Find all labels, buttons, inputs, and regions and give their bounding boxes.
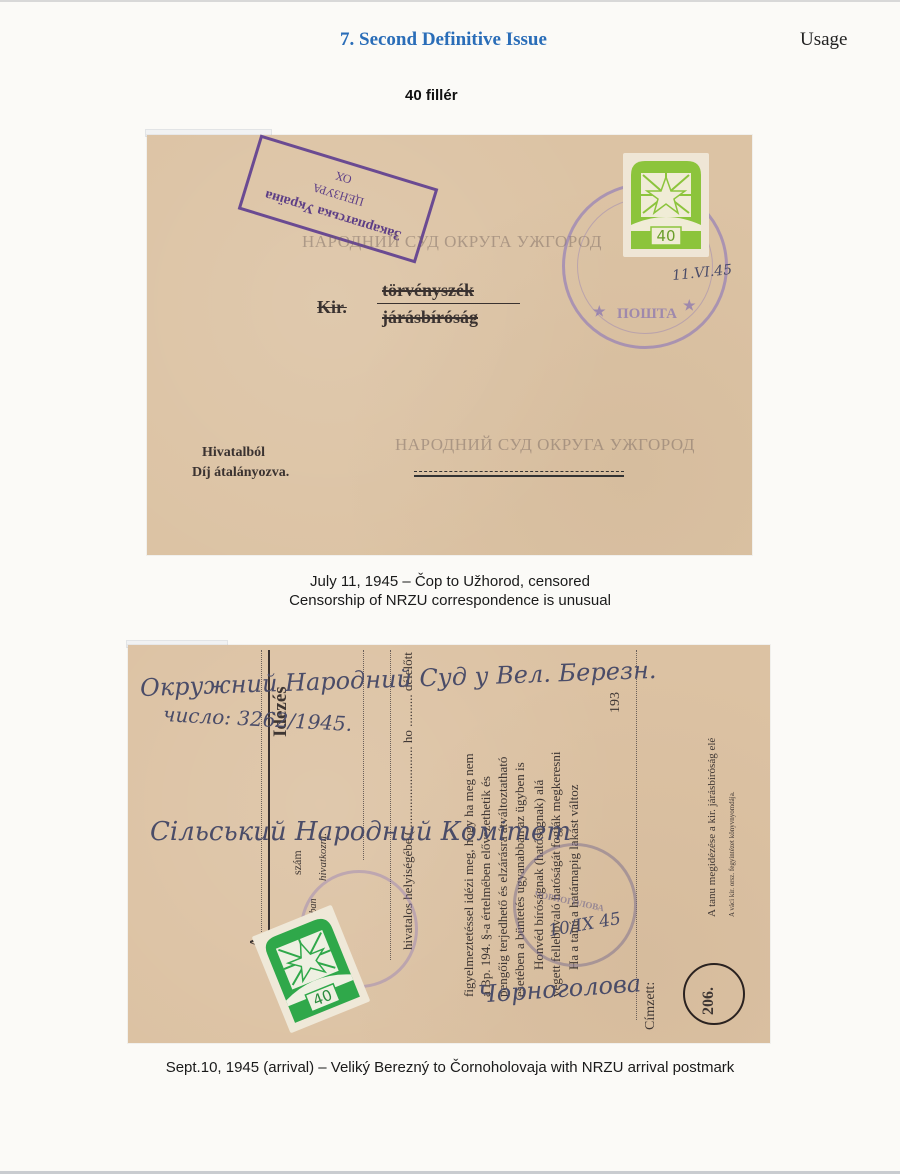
- form-dotted-rule: [636, 650, 637, 1020]
- arrival-postmark-circle: ЧОРНОГОЛОВА: [513, 843, 637, 967]
- cover-1-caption-line-1: July 11, 1945 – Čop to Užhorod, censored: [150, 572, 750, 591]
- handwriting-court: Окружний Народний Суд у Вел. Березн.: [140, 656, 657, 702]
- form-line-3: pengőig terjedhető és elzárásra átváltoz…: [495, 757, 511, 997]
- postmark-star-icon: ★: [683, 298, 696, 315]
- section-tag: Usage: [800, 29, 847, 51]
- stamp-value: 40: [653, 227, 679, 245]
- form-line-1: figyelmeztetéssel idézi meg, hogy ha meg…: [461, 753, 477, 997]
- cover-1-caption-line-2: Censorship of NRZU correspondence is unu…: [150, 591, 750, 610]
- form-year: 193: [608, 692, 624, 713]
- page-top-edge: [0, 0, 900, 2]
- court-stamp-bottom: НАРОДНИЙ СУД ОКРУГА УЖГОРОД: [395, 435, 695, 455]
- form-line-2: a Bp. 194. §-a értelmében elővezethetik …: [478, 776, 494, 997]
- printed-official: Hivatalból: [202, 445, 265, 461]
- arrival-postmark-text: ЧОРНОГОЛОВА: [534, 889, 605, 914]
- court-stamp-top: НАРОДНИЙ СУД ОКРУГА УЖГОРОД: [302, 232, 602, 252]
- printed-fee-paid: Díj átalányozva.: [192, 465, 289, 481]
- court-divider: [377, 303, 520, 304]
- postmark-text: ПОШТА: [617, 306, 677, 323]
- postmark-star-icon: ★: [593, 304, 606, 321]
- printed-court-tribunal: törvényszék: [382, 280, 474, 301]
- form-footer-1: A tanu megidézése a kir. járásbíróság el…: [706, 738, 718, 917]
- stamp-40-filler: 40: [623, 153, 709, 257]
- form-number: 206.: [700, 987, 718, 1015]
- section-title: 7. Second Definitive Issue: [340, 29, 570, 51]
- form-cimzett: Címzett:: [643, 982, 659, 1030]
- handwriting-reference: число: 3262/1945.: [163, 702, 353, 736]
- printed-court-district: járásbíróság: [382, 307, 478, 328]
- form-szam: szám: [290, 850, 305, 875]
- cover-card-2[interactable]: Idézés szám okban hivatkozni. hivatalos …: [128, 645, 770, 1043]
- denomination-heading: 40 fillér: [405, 87, 458, 104]
- cover-1-caption: July 11, 1945 – Čop to Užhorod, censored…: [150, 572, 750, 610]
- printed-kir: Kir.: [317, 297, 347, 318]
- address-line: [414, 471, 624, 477]
- cover-card-1[interactable]: ОХ ЦЕНЗУРА Закарпатська Україна НАРОДНИЙ…: [147, 135, 752, 555]
- form-footer-2: A váci kir. orsz. fegyintézet könyvnyomd…: [728, 791, 736, 917]
- cover-2-caption: Sept.10, 1945 (arrival) – Veliký Berezný…: [120, 1058, 780, 1077]
- handwriting-addressee: Сільський Народний Комітет: [150, 817, 571, 847]
